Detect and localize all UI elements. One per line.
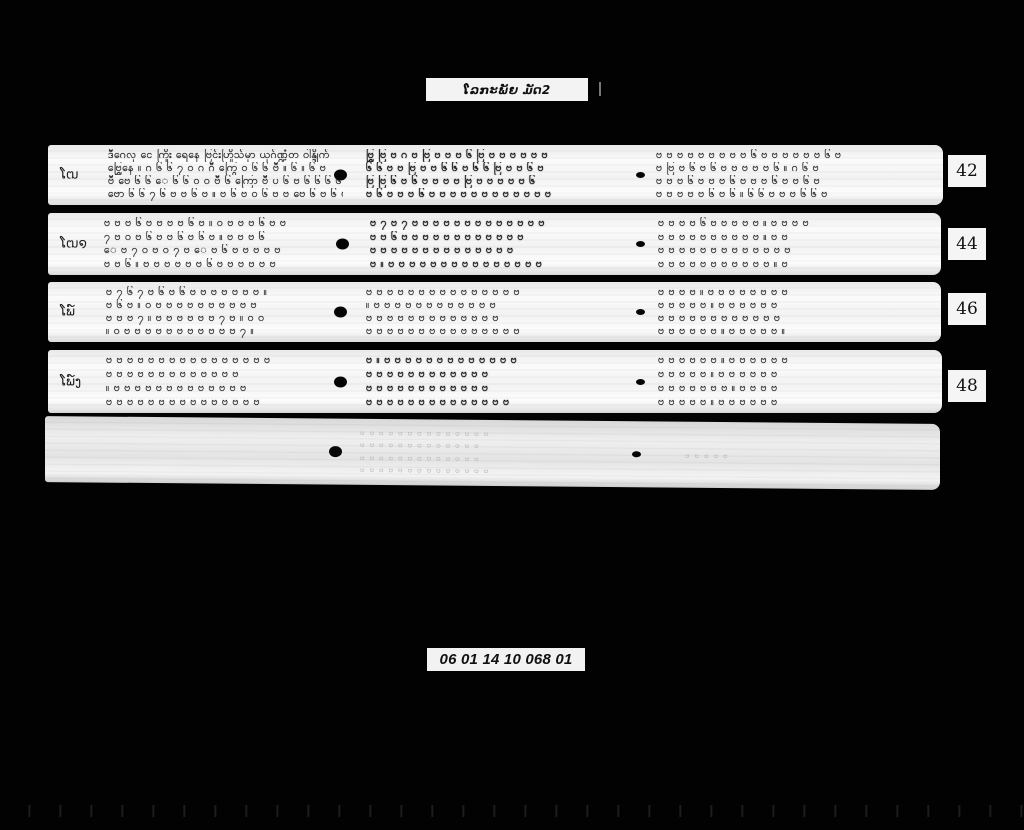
leaf-folio-number: ໂຒ — [60, 165, 79, 186]
script-line: ဗ ဗြ ဗ ၆ ဗ ၆ ဗ ဗ ဗ ဗ ဗ ၆ ။ ဂ ၆ ဗ — [656, 162, 896, 175]
leaf-text-right: ဗ ဗ ဗ ဗ ဗ ဗ ။ ဗ ဗ ဗ ဗ ဗ ဗ ဗ ဗ ဗ ဗ ဗ ။ ဗ … — [658, 354, 894, 409]
leaf-folio-number: ໂພ໌ງ — [60, 374, 81, 389]
leaf-text-middle: ဗြွှ ဗြ ဗ ဂ ဗ ဗြ ဗ ဗ ဗ ၆ ဗြ ဗ ဗ ဗ ဗ ဗ ဗ … — [366, 149, 621, 201]
script-line: ဗ ဗ ဗ ဗ ဗ ဗ ဗ ဗ ဗ ဗ ဗ ဗ ဗ — [360, 451, 600, 464]
script-line: ဗ ဗ ဗ ဗ ဗ ဗ ဗ ဗ ဗ ဗ ဗ ဗ — [366, 382, 624, 395]
microfilm-frame: ໂລກະພັຍ ມັດ2 ໂຒ ဒီဂေလု ငေ ကြိုး ရေနေ ဗြင… — [0, 0, 1024, 830]
script-line: ဗ ဗ ဗ ဗ ဗ ဗ ဗ ဗ ဗ ဗ ဗ ။ ဗ — [658, 258, 896, 271]
script-line: ဗ ၆ ဗ ။ ဝ ဗ ဗ ဗ ဗ ဗ ဗ ဗ ဗ ဗ ဗ — [106, 299, 336, 312]
script-line: ဒီဂေလု ငေ ကြိုး ရေနေ ဗြင်းဟြိုသ်မှာ ယုဂ်… — [108, 149, 343, 162]
script-line: ဗော ၆ ၆ ၇ ၆ ဗ ဗ ၆ ဗ ။ ဗ ၆ ဗ ဝ ၆ ဗ ဗ ဗေ ၆… — [108, 188, 343, 201]
script-line: ဗြွှေနေ ။ ဂ ၆ ၆ ၇ ဝ ဂ ဂီ ကြွေ ဝ ၆ ၆ ဗီ ။… — [108, 162, 343, 175]
leaf-text-middle: ဗ ၇ ဗ ၇ ဗ ဗ ဗ ဗ ဗ ဗ ဗ ဗ ဗ ဗ ဗ ဗ ဗ ဗ ဗ ၆ … — [370, 217, 622, 271]
page-number-tag: 44 — [948, 228, 986, 260]
leaf-text-left: ဗ ဗ ဗ ဗ ဗ ဗ ဗ ဗ ဗ ဗ ဗ ဗ ဗ ဗ ဗ ဗ ဗ ဗ ဗ ဗ … — [106, 354, 338, 409]
leaf-text-left: ဗ ၇ ၆ ၇ ဗ ၆ ဗ ၆ ဗ ဗ ဗ ဗ ဗ ဗ ဗ ။ ဗ ၆ ဗ ။ … — [106, 286, 336, 338]
script-line: ဗ ဗ ဗ ဗ ဗ — [685, 449, 765, 461]
script-line: ဗ ၇ ၆ ၇ ဗ ၆ ဗ ၆ ဗ ဗ ဗ ဗ ဗ ဗ ဗ ။ — [106, 286, 336, 299]
script-line: ဗ ဗ ဗ ဗ ဗ ဗ ။ ဗ ဗ ဗ ဗ ဗ ။ — [658, 325, 898, 338]
script-line: ဗ ဗ ဗ ဗ ဗ ဗ ဗ ဗ ဗ ဗ ဗ ဗ ဗ ဗ ဗ — [366, 286, 624, 299]
page-number-tag: 48 — [948, 370, 986, 402]
script-line: ဗ ဗ ဗ ဗ ဗ ဗ ဗ ဗ ဗ ဗ ဗ ဗ ဗ ဗ ဗ — [106, 396, 338, 409]
film-edge-marks — [0, 805, 1024, 817]
script-line: ဗ ဗ ဗ ဗ ။ ဗ ဗ ဗ ဗ ဗ ဗ ဗ ဗ — [658, 286, 898, 299]
script-line: ဗ ဗ ဗ ဗ ဗ ဗ ဗ ။ ဗ ဗ ဗ ဗ — [658, 382, 894, 395]
script-line: ဗ ။ ဗ ဗ ဗ ဗ ဗ ဗ ဗ ဗ ဗ ဗ ဗ ဗ ဗ ဗ ဗ — [370, 258, 622, 271]
leaf-folio-number: ໂຒ໑ — [60, 234, 87, 255]
leaf-text-right: ဗ ဗ ဗ ဗ ဗ — [685, 446, 765, 465]
script-line: ဗ ဗ ဗ ဗ ဗ ၆ ဗ ၆ ။ ၆ ၆ ဗ ဗ ဗ ၆ ၆ ဗ — [656, 188, 896, 201]
script-line: ဗ ၇ ဗ ၇ ဗ ဗ ဗ ဗ ဗ ဗ ဗ ဗ ဗ ဗ ဗ ဗ ဗ — [370, 217, 622, 230]
script-line: ဗ ဗ ဗ ဗ ဗ ဗ ဗ ဗ ဗ ဗ ဗ ဗ ဗ — [658, 244, 896, 257]
frame-registration-mark — [599, 82, 601, 96]
script-line: ၇ ဗ ဝ ဗ ၆ ဗ ဗ ၆ ဗ ၆ ဗ ။ ဗ ဗ ဗ ၆ — [104, 231, 344, 244]
page-number-tag: 46 — [948, 293, 986, 325]
script-line: ဗ ။ ဗ ဗ ဗ ဗ ဗ ဗ ဗ ဗ ဗ ဗ ဗ ဗ ဗ — [366, 354, 624, 367]
palm-leaf-2: ໂຒ໑ ဗ ဗ ဗ ၆ ဗ ဗ ဗ ဗ ၆ ဗ ။ ဝ ဗ ဗ ဗ ၆ ဗ ဗ … — [48, 213, 941, 275]
script-line: ဗ ဗ ၆ ဗ ဗ ဗ ဗ ဗ ဗ ဗ ဗ ဗ ဗ ဗ ဗ — [370, 231, 622, 244]
script-line: ဗ ဗ ဗ ဗ ဗ ဗ ဗ ဗ ဗ ဗ ဗ ဗ ဗ — [366, 312, 624, 325]
binding-hole — [636, 241, 645, 247]
microfilm-reference-number: 06 01 14 10 068 01 — [427, 648, 585, 671]
leaf-text-right: ဗ ဗ ဗ ဗ ၆ ဗ ဗ ဗ ဗ ဗ ။ ဗ ဗ ဗ ဗ ဗ ဗ ဗ ဗ ဗ … — [658, 217, 896, 271]
binding-hole — [334, 170, 347, 181]
script-line: ဗ ဗ ဗ ဗ ၆ ဗ ဗ ဗ ဗ ဗ ။ ဗ ဗ ဗ ဗ — [658, 217, 896, 230]
script-line: ၆ ၆ ဗ ဗ ဗြ ဗ ဗ ၆ ၆ ဗ ၆ ၆ ဗြ ဗ ဗ ၆ ဗ — [366, 162, 621, 175]
script-line: ဗ ဗ ၆ ။ ဗ ဗ ဗ ဗ ဗ ဗ ၆ ဗ ဗ ဗ ဗ ဗ ဗ — [104, 258, 344, 271]
script-line: ဗြွှ ဗြ ဗ ဂ ဗ ဗြ ဗ ဗ ဗ ၆ ဗြ ဗ ဗ ဗ ဗ ဗ ဗ — [366, 149, 621, 162]
palm-leaf-1: ໂຒ ဒီဂေလု ငေ ကြိုး ရေနေ ဗြင်းဟြိုသ်မှာ ယ… — [48, 145, 943, 205]
palm-leaf-4: ໂພ໌ງ ဗ ဗ ဗ ဗ ဗ ဗ ဗ ဗ ဗ ဗ ဗ ဗ ဗ ဗ ဗ ဗ ဗ ဗ… — [48, 350, 942, 413]
leaf-text-left: ဗ ဗ ဗ ၆ ဗ ဗ ဗ ဗ ၆ ဗ ။ ဝ ဗ ဗ ဗ ၆ ဗ ဗ ၇ ဗ … — [104, 217, 344, 271]
script-line: ဗ ဗ ဗ ဗ ဗ ။ ဗ ဗ ဗ ဗ ဗ ဗ — [658, 396, 894, 409]
binding-hole — [636, 309, 645, 315]
palm-leaf-3: ໂພ໌ ဗ ၇ ၆ ၇ ဗ ၆ ဗ ၆ ဗ ဗ ဗ ဗ ဗ ဗ ဗ ။ ဗ ၆ … — [48, 282, 941, 342]
page-number-tag: 42 — [948, 155, 986, 187]
script-line: ဗ ဗ ဗ ၆ ဗ ဗ ဗ ၆ ဗ ဗ ဗ ၆ ဗ ဗ ၆ ဗ — [656, 175, 896, 188]
script-line: ဗ ဗ ဗ ဗ ဗ ဗ ဗ ဗ ဗ ဗ ဗ ဗ — [366, 368, 624, 381]
binding-hole — [336, 239, 349, 250]
script-line: ဗ ဗ ဗ ဗ ဗ ဗ ဗ ဗ ဗ ဗ ။ ဗ ဗ — [658, 231, 896, 244]
script-line: ဗ ဗ ဗ ဗ ဗ ဗ ဗ ဗ ဗ ဗ ဗ ဗ ဗ ဗ ဗ — [366, 325, 624, 338]
script-line: ဗ ဗ ဗ ၆ ဗ ဗ ဗ ဗ ၆ ဗ ။ ဝ ဗ ဗ ဗ ၆ ဗ ဗ — [104, 217, 344, 230]
script-line: ဗ ဗ ဗ ဗ ဗ ဗ ဗ ဗ ဗ ဗ ဗ ဗ ဗ ဗ — [366, 396, 624, 409]
leaf-text-right: ဗ ဗ ဗ ဗ ဗ ဗ ဗ ဗ ဗ ၆ ဗ ဗ ဗ ဗ ဗ ဗ ၆ ဗ ဗ ဗြ… — [656, 149, 896, 201]
script-line: ။ ဗ ဗ ဗ ဗ ဗ ဗ ဗ ဗ ဗ ဗ ဗ ဗ — [366, 299, 624, 312]
manuscript-title-label: ໂລກະພັຍ ມັດ2 — [426, 78, 588, 101]
script-line: ဗြ ဗြ ၆ ဗ ၆ ဗ ဗ ဗ ဗ ဗြ ဗ ဗ ဗ ဗ ဗ ၆ — [366, 175, 621, 188]
leaf-text-middle: ဗ ။ ဗ ဗ ဗ ဗ ဗ ဗ ဗ ဗ ဗ ဗ ဗ ဗ ဗ ဗ ဗ ဗ ဗ ဗ … — [366, 354, 624, 409]
leaf-text-middle: ဗ ဗ ဗ ဗ ဗ ဗ ဗ ဗ ဗ ဗ ဗ ဗ ဗ ဗ ဗ ဗ ဗ ဗ ဗ ဗ … — [360, 427, 600, 477]
script-line: ဗ ၆ ဗ ဗ ဗ ၆ ဗ ဗ ဗ ဗ ဗ ဗ ဗ ဗ ဗ ဗ ဗ ဗ — [366, 188, 621, 201]
binding-hole — [334, 376, 347, 387]
script-line: ဗ ဗ ဗ ဗ ဗ ဗ ဗ ဗ ဗ ဗ ဗ ဗ — [658, 312, 898, 325]
leaf-text-middle: ဗ ဗ ဗ ဗ ဗ ဗ ဗ ဗ ဗ ဗ ဗ ဗ ဗ ဗ ဗ ။ ဗ ဗ ဗ ဗ … — [366, 286, 624, 338]
script-line: ။ ဝ ဗ ဗ ဗ ဗ ဗ ဗ ဗ ဗ ဗ ဗ ဗ ၇ ။ — [106, 325, 336, 338]
script-line: ဗ ဗ ဗ ဗ ဗ ဗ ဗ ဗ ဗ ဗ ဗ ဗ ဗ ဗ — [360, 464, 600, 477]
script-line: ဗ ဗ ဗ ဗ ဗ ။ ဗ ဗ ဗ ဗ ဗ ဗ — [658, 368, 894, 381]
script-line: ဗ ဗ ဗ ဗ ဗ ဗ ဗ ဗ ဗ ဗ ဗ ဗ ဗ — [106, 368, 338, 381]
binding-hole — [329, 446, 342, 457]
script-line: ဗ ဗ ဗ ဗ ဗ ဗ ဗ ဗ ဗ ဗ ဗ ဗ ဗ ဗ ဗ ဗ — [106, 354, 338, 367]
leaf-folio-number: ໂພ໌ — [60, 305, 75, 320]
script-line: ဗ ဗ ဗ ဗ ဗ ဗ ဗ ဗ ဗ ဗ ဗ ဗ ဗ ဗ — [370, 244, 622, 257]
script-line: ဗီ ဗေ ၆ ၆ ေ ၆ ၆ ဝ ဝ ဗီ ၆ ကြော ဗီ ပ ၆ ဗ ၆… — [108, 175, 343, 188]
binding-hole — [636, 172, 645, 178]
script-line: ။ ဗ ဗ ဗ ဗ ဗ ဗ ဗ ဗ ဗ ဗ ဗ ဗ ဗ — [106, 382, 338, 395]
script-line: ဗ ဗ ဗ ဗ ဗ ဗ ဗ ဗ ဗ ဗ ဗ ဗ ဗ — [360, 439, 600, 452]
binding-hole — [636, 379, 645, 385]
leaf-text-right: ဗ ဗ ဗ ဗ ။ ဗ ဗ ဗ ဗ ဗ ဗ ဗ ဗ ဗ ဗ ဗ ဗ ဗ ။ ဗ … — [658, 286, 898, 338]
script-line: ဗ ဗ ဗ ဗ ဗ ဗ ။ ဗ ဗ ဗ ဗ ဗ ဗ — [658, 354, 894, 367]
leaf-text-left: ဒီဂေလု ငေ ကြိုး ရေနေ ဗြင်းဟြိုသ်မှာ ယုဂ်… — [108, 149, 343, 201]
script-line: ဗ ဗ ဗ ၇ ။ ဗ ဗ ဗ ဗ ဗ ဗ ၇ ဗ ။ ဝ ဝ — [106, 312, 336, 325]
script-line: ဗ ဗ ဗ ဗ ဗ ဗ ဗ ဗ ဗ ဗ ဗ ဗ ဗ ဗ — [360, 427, 600, 440]
palm-leaf-5-faint: ဗ ဗ ဗ ဗ ဗ ဗ ဗ ဗ ဗ ဗ ဗ ဗ ဗ ဗ ဗ ဗ ဗ ဗ ဗ ဗ … — [45, 416, 940, 490]
binding-hole — [632, 451, 641, 457]
script-line: ေ ဗ ၇ ဝ ဗ ဝ ၇ ဗ ေ ဗ ၆ ဗ ဗ ဗ ဗ ဗ — [104, 244, 344, 257]
script-line: ဗ ဗ ဗ ဗ ဗ ဗ ဗ ဗ ဗ ၆ ဗ ဗ ဗ ဗ ဗ ဗ ၆ ဗ — [656, 149, 896, 162]
binding-hole — [334, 307, 347, 318]
script-line: ဗ ဗ ဗ ဗ ဗ ။ ဗ ဗ ဗ ဗ ဗ ဗ — [658, 299, 898, 312]
